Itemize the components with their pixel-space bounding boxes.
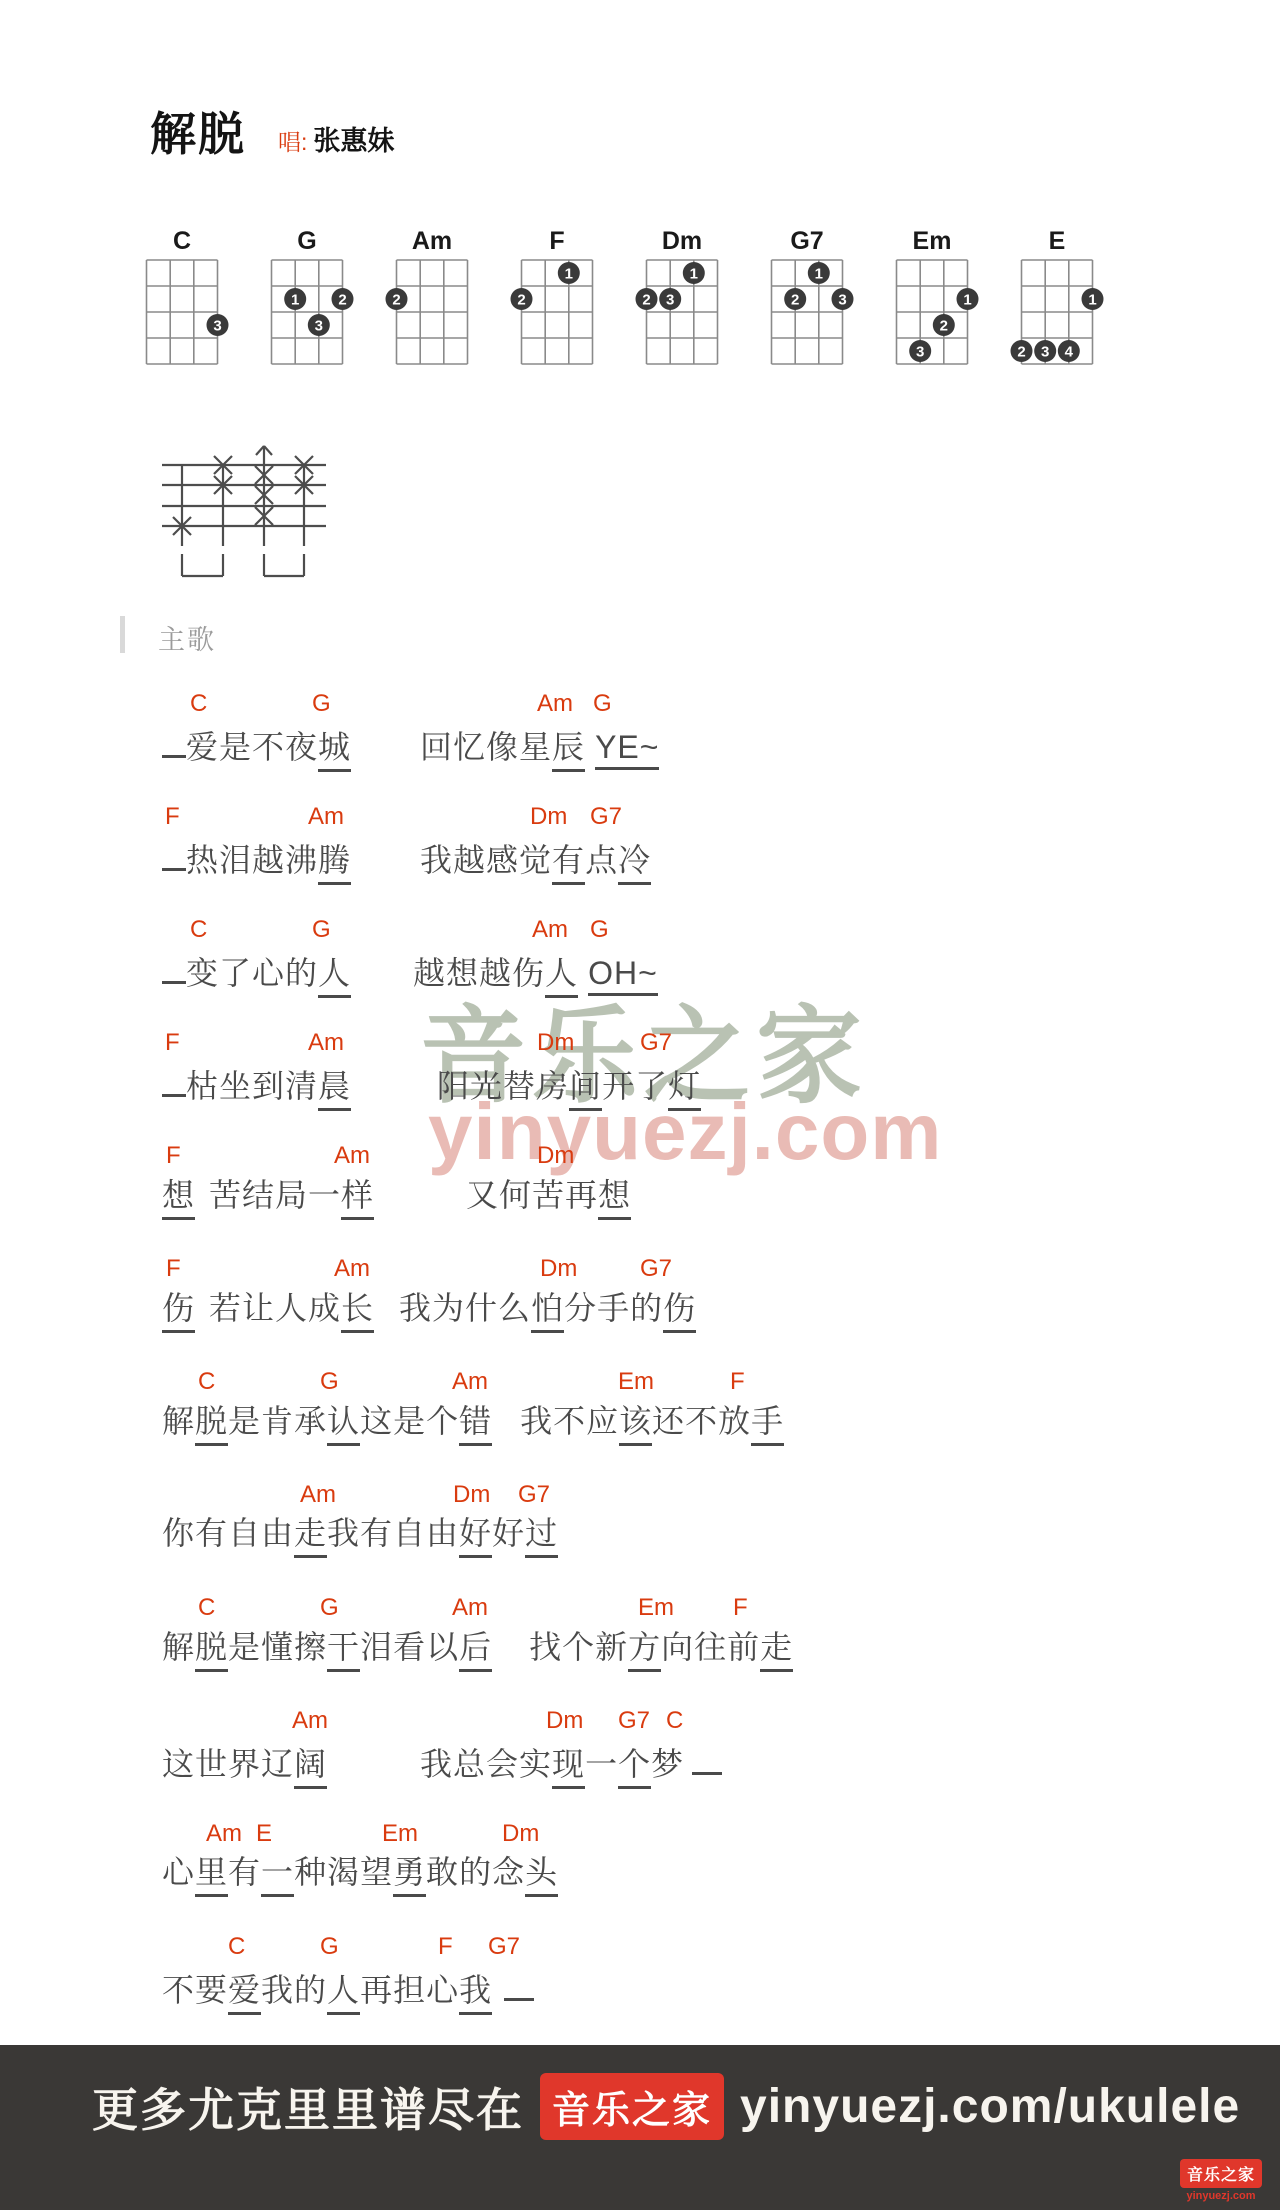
- chord-label: G7: [590, 803, 622, 831]
- lyric-segment: 解: [162, 1396, 195, 1442]
- chord-label: G: [312, 916, 331, 944]
- chord-label: Em: [618, 1368, 654, 1396]
- lyric-text: 变了心的人 越想越伤人 OH~: [162, 943, 658, 998]
- song-title: 解脱: [150, 98, 246, 164]
- finger-number: 2: [517, 292, 525, 309]
- lyric-segment: 冷: [618, 835, 651, 885]
- finger-number: 2: [338, 292, 346, 309]
- footer-text: 更多尤克里里谱尽在: [92, 2074, 524, 2140]
- lyric-segment: 我的: [261, 1965, 327, 2011]
- chord-diagram-E: E1234: [1007, 228, 1107, 378]
- site-logo-badge: 音乐之家: [1180, 2159, 1262, 2188]
- singer-name: 张惠妹: [313, 119, 394, 158]
- lyric-gap: [492, 1621, 529, 1658]
- lyric-segment: 我越感觉: [420, 835, 552, 881]
- lyric-line: CGFG7不要爱我的人再担心我: [0, 1933, 1280, 2013]
- lyric-gap: [351, 947, 413, 984]
- chord-label: Em: [382, 1820, 418, 1848]
- lyric-segment: 间: [569, 1061, 602, 1111]
- chord-label: Am: [308, 1029, 344, 1057]
- finger-number: 1: [565, 266, 573, 283]
- lyric-text: 不要爱我的人再担心我: [162, 1960, 534, 2015]
- chord-label: E: [256, 1820, 272, 1848]
- chord-diagram-G7: G7123: [757, 228, 857, 378]
- lyric-line: FAmDmG7 热泪越沸腾 我越感觉有点冷: [0, 803, 1280, 883]
- chord-label: G: [590, 916, 609, 944]
- chord-diagram-G: G123: [257, 228, 357, 378]
- lyric-segment: 开了: [602, 1061, 668, 1107]
- lyric-gap: [195, 1169, 209, 1206]
- lyric-segment: 走: [294, 1508, 327, 1558]
- chord-diagram-C: C3: [132, 228, 232, 378]
- lyric-gap: [492, 1964, 504, 2001]
- lyric-segment: 长: [341, 1283, 374, 1333]
- chord-grid: 123: [257, 254, 357, 378]
- chord-label: F: [730, 1368, 745, 1396]
- lyric-line: CGAmEmF解脱是肯承认这是个错 我不应该还不放手: [0, 1368, 1280, 1448]
- finger-number: 2: [642, 292, 650, 309]
- chord-label: G: [320, 1368, 339, 1396]
- chord-label: F: [166, 1255, 181, 1283]
- chord-label: Am: [537, 690, 573, 718]
- lyric-segment: 想: [598, 1170, 631, 1220]
- chord-grid: 1234: [1007, 254, 1107, 378]
- lyric-segment: 心: [162, 1847, 195, 1893]
- finger-number: 1: [1088, 292, 1096, 309]
- lyric-segment: 一: [261, 1847, 294, 1897]
- chord-label: Dm: [540, 1255, 577, 1283]
- finger-number: 1: [291, 292, 299, 309]
- chord-sheet-page: 解脱 唱: 张惠妹 C3G123Am2F12Dm123G7123Em123E12…: [0, 0, 1280, 2210]
- lyric-segment: 怕: [531, 1283, 564, 1333]
- lyric-segment: OH~: [588, 955, 658, 996]
- lyric-segment: 想: [162, 1170, 195, 1220]
- site-logo-url: yinyuezj.com: [1180, 2190, 1262, 2202]
- lyric-segment: 分手的: [564, 1283, 663, 1329]
- chord-diagram-name: Dm: [632, 228, 732, 254]
- lyric-segment: 脱: [195, 1622, 228, 1672]
- chord-label: F: [165, 803, 180, 831]
- lyric-text: 解脱是肯承认这是个错 我不应该还不放手: [162, 1395, 784, 1446]
- lyric-segment: 错: [459, 1396, 492, 1446]
- footer-row: 更多尤克里里谱尽在 音乐之家 yinyuezj.com/ukulele: [92, 2073, 1240, 2140]
- chord-diagram-Am: Am2: [382, 228, 482, 378]
- chord-diagram-name: G7: [757, 228, 857, 254]
- chord-label: F: [165, 1029, 180, 1057]
- lyric-segment: 阳光替房: [437, 1061, 569, 1107]
- lyric-segment: 城: [318, 722, 351, 772]
- chord-label: Am: [292, 1707, 328, 1735]
- lyric-text: 你有自由走我有自由好好过: [162, 1508, 558, 1558]
- lyric-segment: 泪看以: [360, 1622, 459, 1668]
- chord-label: Dm: [453, 1481, 490, 1509]
- lyric-segment: 样: [341, 1170, 374, 1220]
- footer-brand-badge: 音乐之家: [540, 2073, 724, 2140]
- lyric-segment: 手: [751, 1396, 784, 1446]
- strum-pattern: [150, 436, 360, 588]
- lyric-segment: 变了心的: [186, 948, 318, 994]
- chord-label: Dm: [502, 1820, 539, 1848]
- lyric-segment: 我为什么: [399, 1283, 531, 1329]
- lyric-segment: YE~: [595, 729, 659, 770]
- chord-label: Am: [452, 1594, 488, 1622]
- lyric-line: AmDmG7C这世界辽阔 我总会实现一个梦: [0, 1707, 1280, 1787]
- lyric-segment: 人: [545, 948, 578, 998]
- melisma-line: [162, 1056, 186, 1097]
- lyric-gap: [374, 1282, 399, 1319]
- chord-label: Dm: [546, 1707, 583, 1735]
- lyric-segment: 热泪越沸: [186, 835, 318, 881]
- chord-diagram-name: E: [1007, 228, 1107, 254]
- lyric-line: FAmDmG7 枯坐到清晨 阳光替房间开了灯: [0, 1029, 1280, 1109]
- lyric-line: CGAmG 爱是不夜城 回忆像星辰 YE~: [0, 690, 1280, 770]
- lyric-segment: 好: [459, 1508, 492, 1558]
- lyric-line: FAmDm想 苦结局一样 又何苦再想: [0, 1142, 1280, 1222]
- lyric-segment: 敢的念: [426, 1847, 525, 1893]
- finger-number: 2: [940, 318, 948, 335]
- lyric-segment: 我有自由: [327, 1508, 459, 1554]
- finger-number: 4: [1065, 344, 1074, 361]
- melisma-line: [692, 1734, 722, 1775]
- lyric-text: 枯坐到清晨 阳光替房间开了灯: [162, 1056, 701, 1111]
- lyric-gap: [351, 721, 420, 758]
- lyric-segment: 好: [492, 1508, 525, 1554]
- lyric-text: 想 苦结局一样 又何苦再想: [162, 1169, 631, 1220]
- lyric-text: 爱是不夜城 回忆像星辰 YE~: [162, 717, 659, 772]
- lyric-line: AmDmG7你有自由走我有自由好好过: [0, 1481, 1280, 1561]
- chord-label: Am: [532, 916, 568, 944]
- lyric-gap: [351, 834, 420, 871]
- chord-grid: 123: [882, 254, 982, 378]
- melisma-line: [504, 1960, 534, 2001]
- lyric-segment: 我不应: [520, 1396, 619, 1442]
- lyric-segment: 晨: [318, 1061, 351, 1111]
- melisma-line: [162, 830, 186, 871]
- lyric-segment: 爱: [228, 1965, 261, 2015]
- lyric-segment: 种渴望: [294, 1847, 393, 1893]
- strum-pattern-svg: [150, 436, 360, 588]
- chord-grid: 123: [632, 254, 732, 378]
- chord-grid: 12: [507, 254, 607, 378]
- chord-label: G7: [640, 1255, 672, 1283]
- lyric-segment: 个: [618, 1739, 651, 1789]
- chord-diagram-name: Am: [382, 228, 482, 254]
- lyric-segment: 这是个: [360, 1396, 459, 1442]
- lyric-line: FAmDmG7伤 若让人成长 我为什么怕分手的伤: [0, 1255, 1280, 1335]
- finger-number: 3: [213, 318, 221, 335]
- chord-label: Dm: [537, 1029, 574, 1057]
- chord-label: F: [438, 1933, 453, 1961]
- chord-diagram-F: F12: [507, 228, 607, 378]
- chord-label: Am: [308, 803, 344, 831]
- lyric-segment: 辰: [552, 722, 585, 772]
- chord-diagram-name: G: [257, 228, 357, 254]
- chord-label: Dm: [537, 1142, 574, 1170]
- lyric-segment: 头: [525, 1847, 558, 1897]
- lyric-segment: 爱是不夜: [186, 722, 318, 768]
- lyric-segment: 回忆像星: [420, 722, 552, 768]
- lyric-segment: 伤: [162, 1283, 195, 1333]
- chord-label: Am: [334, 1255, 370, 1283]
- chord-diagram-name: C: [132, 228, 232, 254]
- chord-label: C: [666, 1707, 683, 1735]
- chord-label: G: [320, 1933, 339, 1961]
- lyric-gap: [327, 1738, 420, 1775]
- chord-label: G: [593, 690, 612, 718]
- lyric-segment: 苦结局一: [209, 1170, 341, 1216]
- lyric-segment: 你有自由: [162, 1508, 294, 1554]
- section-label: 主歌: [158, 618, 216, 657]
- lyric-segment: 向往前: [661, 1622, 760, 1668]
- lyric-segment: 脱: [195, 1396, 228, 1446]
- lyric-gap: [351, 1060, 437, 1097]
- chord-diagram-Em: Em123: [882, 228, 982, 378]
- chord-label: F: [166, 1142, 181, 1170]
- melisma-line: [162, 943, 186, 984]
- lyric-segment: 干: [327, 1622, 360, 1672]
- lyric-line: CGAmG 变了心的人 越想越伤人 OH~: [0, 916, 1280, 996]
- finger-number: 3: [1041, 344, 1049, 361]
- chord-label: F: [733, 1594, 748, 1622]
- lyric-text: 心里有一种渴望勇敢的念头: [162, 1847, 558, 1897]
- chord-label: G7: [640, 1029, 672, 1057]
- lyric-gap: [578, 947, 588, 984]
- chord-diagram-name: F: [507, 228, 607, 254]
- lyric-segment: 再担心: [360, 1965, 459, 2011]
- chord-label: Am: [334, 1142, 370, 1170]
- lyric-segment: 我: [459, 1965, 492, 2015]
- chord-label: C: [190, 916, 207, 944]
- lyric-segment: 伤: [663, 1283, 696, 1333]
- singer-label: 唱:: [278, 124, 307, 157]
- lyric-segment: 走: [760, 1622, 793, 1672]
- lyric-segment: 有: [228, 1847, 261, 1893]
- chord-label: C: [198, 1594, 215, 1622]
- lyric-segment: 点: [585, 835, 618, 881]
- lyric-segment: 不要: [162, 1965, 228, 2011]
- finger-number: 3: [838, 292, 846, 309]
- lyric-segment: 现: [552, 1739, 585, 1789]
- lyric-segment: 后: [459, 1622, 492, 1672]
- lyric-gap: [374, 1169, 466, 1206]
- lyric-segment: 又何苦再: [466, 1170, 598, 1216]
- footer-url: yinyuezj.com/ukulele: [740, 2079, 1240, 2134]
- finger-number: 2: [1017, 344, 1025, 361]
- chord-diagram-name: Em: [882, 228, 982, 254]
- lyric-segment: 越想越伤: [413, 948, 545, 994]
- lyric-segment: 认: [327, 1396, 360, 1446]
- finger-number: 3: [315, 318, 323, 335]
- lyric-text: 这世界辽阔 我总会实现一个梦: [162, 1734, 722, 1789]
- lyric-segment: 里: [195, 1847, 228, 1897]
- lyric-segment: 找个新: [529, 1622, 628, 1668]
- lyric-segment: 梦: [651, 1739, 684, 1785]
- song-header: 解脱 唱: 张惠妹: [150, 98, 394, 164]
- chord-label: G7: [518, 1481, 550, 1509]
- chord-label: C: [198, 1368, 215, 1396]
- lyric-segment: 阔: [294, 1739, 327, 1789]
- chord-label: Em: [638, 1594, 674, 1622]
- lyric-segment: 我总会实: [420, 1739, 552, 1785]
- chord-label: G7: [488, 1933, 520, 1961]
- lyric-segment: 解: [162, 1622, 195, 1668]
- chord-label: G: [320, 1594, 339, 1622]
- lyric-segment: 一: [585, 1739, 618, 1785]
- chord-label: Dm: [530, 803, 567, 831]
- chord-label: Am: [300, 1481, 336, 1509]
- chord-label: C: [228, 1933, 245, 1961]
- finger-number: 3: [916, 344, 924, 361]
- lyric-text: 热泪越沸腾 我越感觉有点冷: [162, 830, 651, 885]
- lyric-segment: 这世界辽: [162, 1739, 294, 1785]
- footer-banner: 更多尤克里里谱尽在 音乐之家 yinyuezj.com/ukulele 音乐之家…: [0, 2045, 1280, 2210]
- chord-label: C: [190, 690, 207, 718]
- finger-number: 3: [666, 292, 674, 309]
- lyric-line: AmEEmDm心里有一种渴望勇敢的念头: [0, 1820, 1280, 1900]
- lyric-line: CGAmEmF解脱是懂擦干泪看以后 找个新方向往前走: [0, 1594, 1280, 1674]
- lyric-text: 解脱是懂擦干泪看以后 找个新方向往前走: [162, 1621, 793, 1672]
- finger-number: 2: [392, 292, 400, 309]
- lyric-gap: [585, 721, 595, 758]
- chord-label: Am: [206, 1820, 242, 1848]
- lyric-gap: [195, 1282, 209, 1319]
- section-marker-bar: [120, 616, 125, 653]
- chord-label: Am: [452, 1368, 488, 1396]
- chord-grid: 123: [757, 254, 857, 378]
- lyric-segment: 若让人成: [209, 1283, 341, 1329]
- lyric-segment: 勇: [393, 1847, 426, 1897]
- chord-grid: 3: [132, 254, 232, 378]
- lyric-segment: 是懂擦: [228, 1622, 327, 1668]
- lyric-gap: [492, 1395, 520, 1432]
- lyric-segment: 枯坐到清: [186, 1061, 318, 1107]
- finger-number: 1: [963, 292, 971, 309]
- lyric-segment: 是肯承: [228, 1396, 327, 1442]
- chord-diagram-Dm: Dm123: [632, 228, 732, 378]
- lyric-segment: 有: [552, 835, 585, 885]
- lyric-segment: 方: [628, 1622, 661, 1672]
- finger-number: 1: [815, 266, 823, 283]
- site-logo: 音乐之家 yinyuezj.com: [1180, 2159, 1262, 2202]
- lyric-segment: 人: [318, 948, 351, 998]
- lyric-text: 伤 若让人成长 我为什么怕分手的伤: [162, 1282, 696, 1333]
- lyric-segment: 腾: [318, 835, 351, 885]
- lyric-segment: 人: [327, 1965, 360, 2015]
- chord-label: G: [312, 690, 331, 718]
- lyric-segment: 还不放: [652, 1396, 751, 1442]
- finger-number: 2: [791, 292, 799, 309]
- chord-grid: 2: [382, 254, 482, 378]
- chord-label: G7: [618, 1707, 650, 1735]
- lyric-gap: [684, 1738, 692, 1775]
- lyric-segment: 该: [619, 1396, 652, 1446]
- lyric-segment: 过: [525, 1508, 558, 1558]
- lyric-segment: 灯: [668, 1061, 701, 1111]
- finger-number: 1: [690, 266, 698, 283]
- melisma-line: [162, 717, 186, 758]
